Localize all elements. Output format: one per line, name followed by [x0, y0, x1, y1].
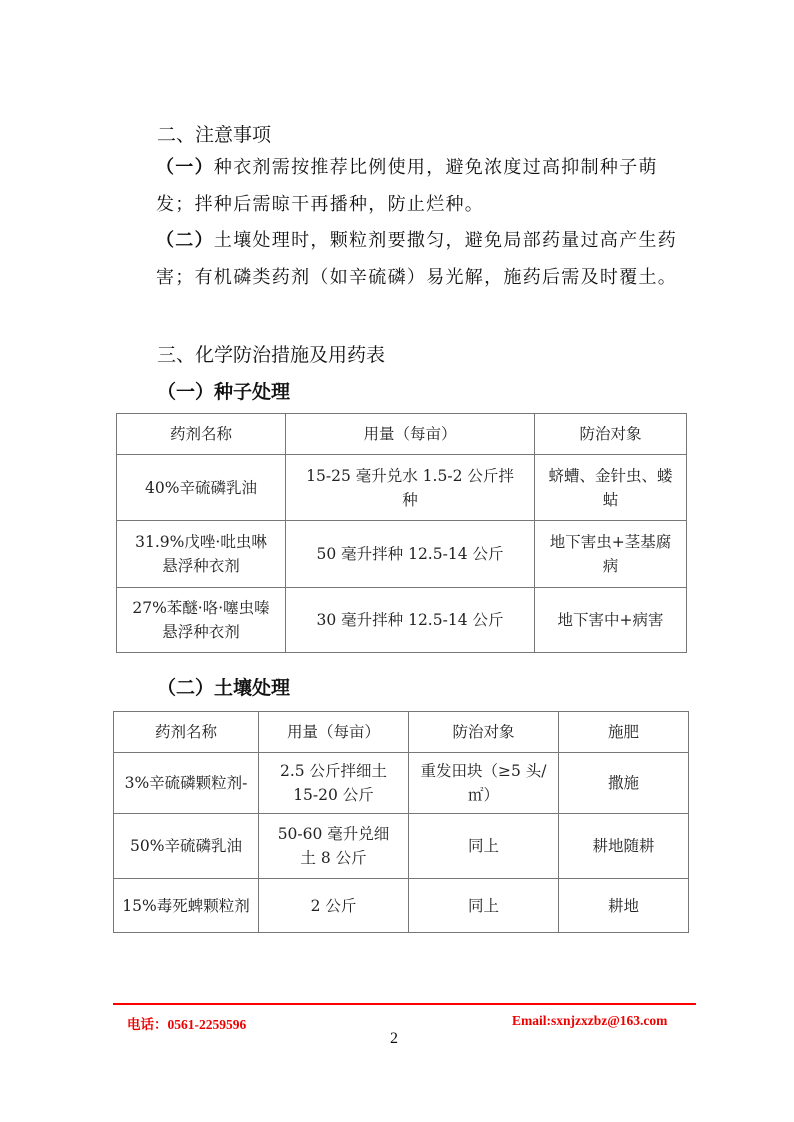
note-1-lead: （一）	[156, 157, 214, 178]
header-cell: 药剂名称	[117, 414, 286, 455]
table-cell: 3%辛硫磷颗粒剂-	[114, 753, 259, 814]
table-cell: 耕地	[559, 879, 689, 933]
header-cell: 用量（每亩）	[259, 712, 409, 753]
note-paragraph-1: （一）种衣剂需按推荐比例使用，避免浓度过高抑制种子萌发；拌种后需晾干再播种，防止…	[116, 150, 691, 223]
table-cell: 40%辛硫磷乳油	[117, 455, 286, 521]
table-row: 40%辛硫磷乳油 15-25 毫升兑水 1.5-2 公斤拌种 蛴螬、金针虫、蝼蛄	[117, 455, 687, 521]
soil-treatment-table: 药剂名称 用量（每亩） 防治对象 施肥 3%辛硫磷颗粒剂- 2.5 公斤拌细土 …	[113, 711, 689, 933]
table-row: 3%辛硫磷颗粒剂- 2.5 公斤拌细土 15-20 公斤 重发田块（≥5 头/㎡…	[114, 753, 689, 814]
footer-email: Email:sxnjzxzbz@163.com	[512, 1013, 667, 1029]
table-cell: 耕地随耕	[559, 814, 689, 879]
subsection-soil-treatment: （二）土壤处理	[157, 673, 290, 700]
table-cell: 同上	[409, 879, 559, 933]
note-2-text: 土壤处理时，颗粒剂要撒匀，避免局部药量过高产生药害；有机磷类药剂（如辛硫磷）易光…	[156, 230, 677, 288]
page-number: 2	[390, 1030, 398, 1048]
note-paragraph-2: （二）土壤处理时，颗粒剂要撒匀，避免局部药量过高产生药害；有机磷类药剂（如辛硫磷…	[116, 223, 691, 296]
header-cell: 施肥	[559, 712, 689, 753]
note-1-text: 种衣剂需按推荐比例使用，避免浓度过高抑制种子萌发；拌种后需晾干再播种，防止烂种。	[156, 157, 658, 215]
table-cell: 2 公斤	[259, 879, 409, 933]
table-cell: 30 毫升拌种 12.5-14 公斤	[286, 588, 535, 653]
note-2-lead: （二）	[156, 230, 214, 251]
table-header-row: 药剂名称 用量（每亩） 防治对象	[117, 414, 687, 455]
table-row: 15%毒死蜱颗粒剂 2 公斤 同上 耕地	[114, 879, 689, 933]
table-cell: 15%毒死蜱颗粒剂	[114, 879, 259, 933]
table-cell: 2.5 公斤拌细土 15-20 公斤	[259, 753, 409, 814]
table-cell: 蛴螬、金针虫、蝼蛄	[535, 455, 687, 521]
table-cell: 31.9%戊唑·吡虫啉悬浮种衣剂	[117, 521, 286, 588]
header-cell: 用量（每亩）	[286, 414, 535, 455]
subsection-seed-treatment: （一）种子处理	[157, 377, 290, 404]
header-cell: 药剂名称	[114, 712, 259, 753]
footer-divider	[113, 1003, 696, 1005]
table-cell: 50-60 毫升兑细土 8 公斤	[259, 814, 409, 879]
section-title-notes: 二、注意事项	[157, 120, 271, 147]
table-cell: 27%苯醚·咯·噻虫嗪悬浮种衣剂	[117, 588, 286, 653]
footer-phone: 电话：0561-2259596	[127, 1013, 246, 1033]
header-cell: 防治对象	[409, 712, 559, 753]
header-cell: 防治对象	[535, 414, 687, 455]
table-row: 50%辛硫磷乳油 50-60 毫升兑细土 8 公斤 同上 耕地随耕	[114, 814, 689, 879]
table-cell: 同上	[409, 814, 559, 879]
table-cell: 50%辛硫磷乳油	[114, 814, 259, 879]
table-row: 27%苯醚·咯·噻虫嗪悬浮种衣剂 30 毫升拌种 12.5-14 公斤 地下害中…	[117, 588, 687, 653]
table-cell: 重发田块（≥5 头/㎡）	[409, 753, 559, 814]
table-cell: 撒施	[559, 753, 689, 814]
table-row: 31.9%戊唑·吡虫啉悬浮种衣剂 50 毫升拌种 12.5-14 公斤 地下害虫…	[117, 521, 687, 588]
section-title-chemical-control: 三、化学防治措施及用药表	[157, 340, 385, 367]
table-cell: 15-25 毫升兑水 1.5-2 公斤拌种	[286, 455, 535, 521]
table-cell: 50 毫升拌种 12.5-14 公斤	[286, 521, 535, 588]
table-cell: 地下害中+病害	[535, 588, 687, 653]
table-cell: 地下害虫+茎基腐病	[535, 521, 687, 588]
seed-treatment-table: 药剂名称 用量（每亩） 防治对象 40%辛硫磷乳油 15-25 毫升兑水 1.5…	[116, 413, 687, 653]
table-header-row: 药剂名称 用量（每亩） 防治对象 施肥	[114, 712, 689, 753]
